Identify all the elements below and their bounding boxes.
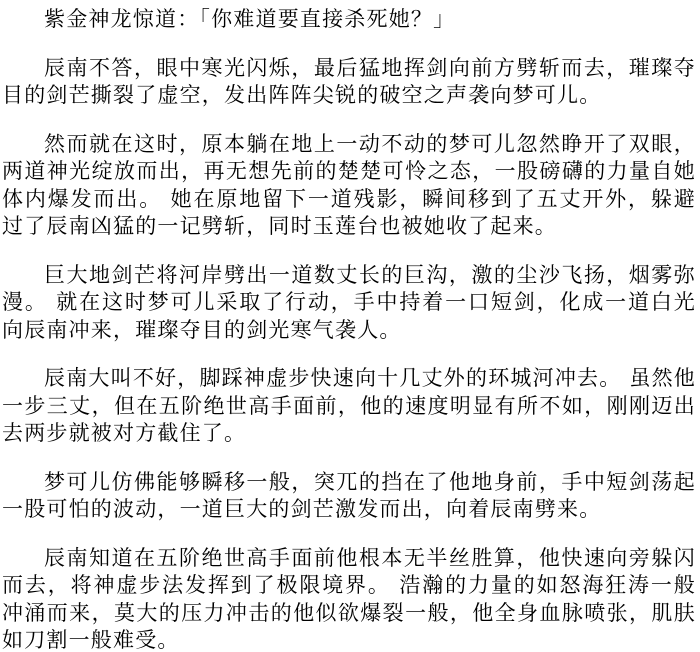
novel-page: 紫金神龙惊道：「你难道要直接杀死她？」 辰南不答，眼中寒光闪烁，最后猛地挥剑向前… (0, 0, 700, 652)
paragraph: 辰南不答，眼中寒光闪烁，最后猛地挥剑向前方劈斩而去，璀璨夺目的剑芒撕裂了虚空，发… (2, 55, 696, 110)
paragraph: 辰南大叫不好，脚踩神虚步快速向十几丈外的环城河冲去。 虽然他一步三丈，但在五阶绝… (2, 365, 696, 448)
paragraph: 梦可儿仿佛能够瞬移一般，突兀的挡在了他地身前，手中短剑荡起一股可怕的波动，一道巨… (2, 469, 696, 524)
paragraph-dialogue: 紫金神龙惊道：「你难道要直接杀死她？」 (2, 6, 696, 34)
paragraph: 辰南知道在五阶绝世高手面前他根本无半丝胜算，他快速向旁躲闪而去，将神虚步法发挥到… (2, 545, 696, 652)
paragraph: 然而就在这时，原本躺在地上一动不动的梦可儿忽然睁开了双眼，两道神光绽放而出，再无… (2, 131, 696, 241)
text-content: 紫金神龙惊道：「你难道要直接杀死她？」 辰南不答，眼中寒光闪烁，最后猛地挥剑向前… (2, 6, 696, 652)
paragraph: 巨大地剑芒将河岸劈出一道数丈长的巨沟，激的尘沙飞扬，烟雾弥漫。 就在这时梦可儿采… (2, 262, 696, 345)
